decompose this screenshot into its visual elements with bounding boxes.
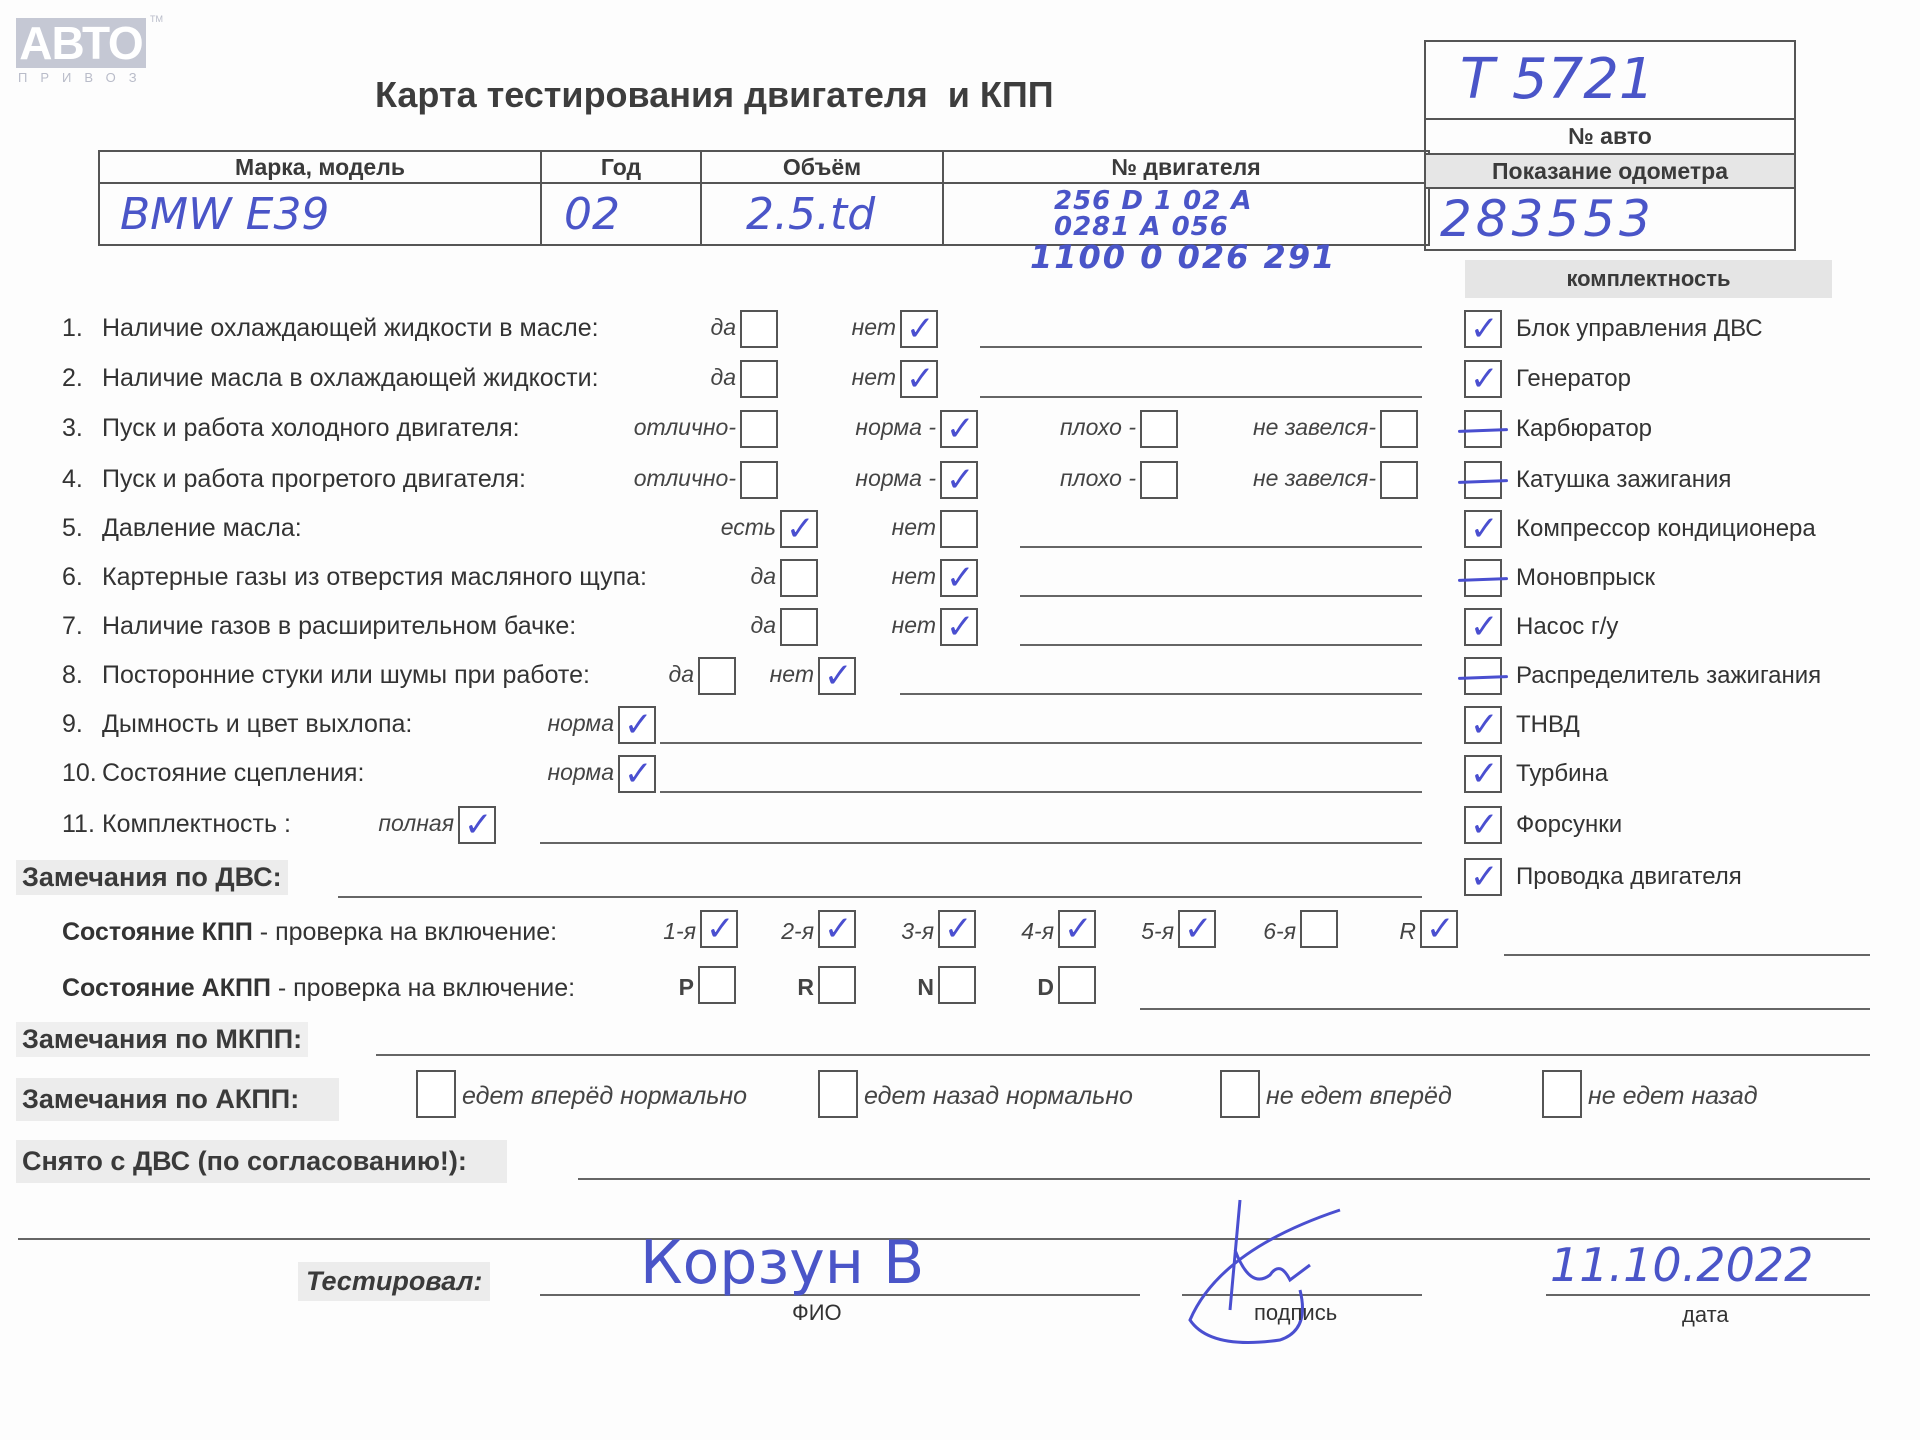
checkmark-icon: ✓ bbox=[1426, 912, 1455, 946]
option-label: норма bbox=[547, 710, 614, 737]
checkbox-q10-opt1[interactable]: ✓ bbox=[618, 755, 656, 793]
checkbox-q5-opt2[interactable] bbox=[940, 510, 978, 548]
question-number: 11. bbox=[62, 810, 102, 839]
gear-checkbox-4[interactable]: ✓ bbox=[1058, 910, 1096, 948]
option-label: нет bbox=[892, 514, 936, 541]
checkbox-q6-opt1[interactable] bbox=[780, 559, 818, 597]
option-label: норма - bbox=[855, 465, 936, 492]
kit-checkbox-7[interactable]: ✓ bbox=[1464, 608, 1502, 646]
checkmark-icon: ✓ bbox=[1470, 860, 1499, 894]
remarks-auto-checkbox-1[interactable] bbox=[416, 1070, 456, 1118]
notes-field-q1[interactable] bbox=[980, 346, 1422, 348]
check-question-1: 1.Наличие охлаждающей жидкости в масле: bbox=[62, 314, 599, 343]
checkbox-q3-opt1[interactable] bbox=[740, 410, 778, 448]
remarks-auto-option-label: едет вперёд нормально bbox=[462, 1082, 747, 1111]
auto-position-label: R bbox=[797, 974, 814, 1001]
gear-checkbox-1[interactable]: ✓ bbox=[700, 910, 738, 948]
kit-item-label: Компрессор кондиционера bbox=[1516, 515, 1816, 543]
question-label: Давление масла: bbox=[102, 514, 302, 542]
auto-position-checkbox-3[interactable] bbox=[938, 966, 976, 1004]
page-title: Карта тестирования двигателя и КПП bbox=[375, 74, 1054, 116]
option-label: отлично- bbox=[634, 465, 736, 492]
checkmark-icon: ✓ bbox=[1470, 757, 1499, 791]
option-label: нет bbox=[892, 563, 936, 590]
option-label: нет bbox=[852, 314, 896, 341]
dash-mark-icon bbox=[1458, 577, 1508, 582]
kit-item-label: Проводка двигателя bbox=[1516, 863, 1742, 891]
dash-mark-icon bbox=[1458, 479, 1508, 484]
checkbox-q2-opt1[interactable] bbox=[740, 360, 778, 398]
header-year: Год bbox=[541, 151, 701, 183]
question-number: 7. bbox=[62, 612, 102, 641]
kit-checkbox-9[interactable]: ✓ bbox=[1464, 706, 1502, 744]
question-number: 10. bbox=[62, 759, 102, 788]
kit-item-label: Форсунки bbox=[1516, 811, 1622, 839]
checkbox-q3-opt2[interactable]: ✓ bbox=[940, 410, 978, 448]
dash-mark-icon bbox=[1458, 428, 1508, 433]
checkmark-icon: ✓ bbox=[1470, 312, 1499, 346]
date-line[interactable] bbox=[1546, 1294, 1870, 1296]
odometer-label: Показание одометра bbox=[1426, 155, 1794, 189]
date-field: 11.10.2022 bbox=[1550, 1238, 1813, 1292]
kit-item-label: Карбюратор bbox=[1516, 415, 1652, 443]
checkbox-q8-opt2[interactable]: ✓ bbox=[818, 657, 856, 695]
gear-label: 2-я bbox=[781, 918, 814, 945]
question-label: Посторонние стуки или шумы при работе: bbox=[102, 661, 590, 689]
option-label: не завелся- bbox=[1253, 414, 1376, 441]
checkmark-icon: ✓ bbox=[824, 912, 853, 946]
remarks-engine-label: Замечания по ДВС: bbox=[16, 860, 288, 895]
checkmark-icon: ✓ bbox=[1470, 708, 1499, 742]
gear-label: R bbox=[1399, 918, 1416, 945]
auto-position-checkbox-4[interactable] bbox=[1058, 966, 1096, 1004]
gear-checkbox-7[interactable]: ✓ bbox=[1420, 910, 1458, 948]
checkbox-q9-opt1[interactable]: ✓ bbox=[618, 706, 656, 744]
option-label: плохо - bbox=[1060, 414, 1136, 441]
removed-field[interactable] bbox=[578, 1178, 1870, 1180]
remarks-auto-option-label: не едет назад bbox=[1588, 1082, 1758, 1111]
checkbox-q8-opt1[interactable] bbox=[698, 657, 736, 695]
kit-checkbox-3[interactable] bbox=[1464, 410, 1502, 448]
notes-field-q6[interactable] bbox=[1020, 595, 1422, 597]
checkbox-q1-opt2[interactable]: ✓ bbox=[900, 310, 938, 348]
question-number: 4. bbox=[62, 465, 102, 494]
checkmark-icon: ✓ bbox=[946, 561, 975, 595]
checkbox-q1-opt1[interactable] bbox=[740, 310, 778, 348]
option-label: норма bbox=[547, 759, 614, 786]
remarks-auto-checkbox-2[interactable] bbox=[818, 1070, 858, 1118]
logo-subtext: ПРИВОЗ bbox=[18, 70, 150, 85]
gear-label: 6-я bbox=[1263, 918, 1296, 945]
question-label: Пуск и работа прогретого двигателя: bbox=[102, 465, 526, 493]
option-label: да bbox=[710, 364, 736, 391]
kit-checkbox-1[interactable]: ✓ bbox=[1464, 310, 1502, 348]
kit-checkbox-4[interactable] bbox=[1464, 461, 1502, 499]
question-number: 9. bbox=[62, 710, 102, 739]
check-question-8: 8.Посторонние стуки или шумы при работе: bbox=[62, 661, 590, 690]
checkmark-icon: ✓ bbox=[1470, 512, 1499, 546]
checkbox-q2-opt2[interactable]: ✓ bbox=[900, 360, 938, 398]
kit-item-label: Распределитель зажигания bbox=[1516, 662, 1821, 690]
logo-trademark: TM bbox=[150, 14, 163, 24]
checkbox-q4-opt4[interactable] bbox=[1380, 461, 1418, 499]
checkmark-icon: ✓ bbox=[786, 512, 815, 546]
check-question-7: 7.Наличие газов в расширительном бачке: bbox=[62, 612, 576, 641]
gear-checkbox-6[interactable] bbox=[1300, 910, 1338, 948]
notes-field-q5[interactable] bbox=[1020, 546, 1422, 548]
remarks-auto-option-label: не едет вперёд bbox=[1266, 1082, 1452, 1111]
checkmark-icon: ✓ bbox=[1470, 362, 1499, 396]
signature-scribble bbox=[1180, 1190, 1440, 1350]
remarks-auto-checkbox-4[interactable] bbox=[1542, 1070, 1582, 1118]
volume-field[interactable]: 2.5.td bbox=[701, 183, 943, 245]
checkmark-icon: ✓ bbox=[1064, 912, 1093, 946]
removed-label: Снято с ДВС (по согласованию!): bbox=[16, 1140, 507, 1183]
question-label: Пуск и работа холодного двигателя: bbox=[102, 414, 520, 442]
checkbox-q7-opt1[interactable] bbox=[780, 608, 818, 646]
option-label: не завелся- bbox=[1253, 465, 1376, 492]
auto-position-checkbox-2[interactable] bbox=[818, 966, 856, 1004]
checkmark-icon: ✓ bbox=[464, 808, 493, 842]
kit-item-label: Блок управления ДВС bbox=[1516, 315, 1763, 343]
kit-item-label: ТНВД bbox=[1516, 711, 1580, 739]
engine-no-field[interactable]: 256 D 1 02 A 0281 A 056 bbox=[943, 183, 1429, 245]
question-number: 6. bbox=[62, 563, 102, 592]
notes-field-q9[interactable] bbox=[660, 742, 1422, 744]
option-label: отлично- bbox=[634, 414, 736, 441]
check-question-5: 5.Давление масла: bbox=[62, 514, 302, 543]
kit-checkbox-2[interactable]: ✓ bbox=[1464, 360, 1502, 398]
header-make-model: Марка, модель bbox=[99, 151, 541, 183]
option-label: норма - bbox=[855, 414, 936, 441]
manual-gearbox-notes-field[interactable] bbox=[1504, 954, 1870, 956]
kit-checkbox-8[interactable] bbox=[1464, 657, 1502, 695]
checkbox-q4-opt3[interactable] bbox=[1140, 461, 1178, 499]
option-label: нет bbox=[770, 661, 814, 688]
header-volume: Объём bbox=[701, 151, 943, 183]
gear-checkbox-3[interactable]: ✓ bbox=[938, 910, 976, 948]
checkmark-icon: ✓ bbox=[946, 463, 975, 497]
notes-field-q11[interactable] bbox=[540, 842, 1422, 844]
notes-field-q8[interactable] bbox=[900, 693, 1422, 695]
engine-no-line2: 0281 A 056 bbox=[1054, 214, 1428, 240]
auto-position-checkbox-1[interactable] bbox=[698, 966, 736, 1004]
engine-no-line1: 256 D 1 02 A bbox=[1054, 188, 1428, 214]
question-label: Комплектность : bbox=[102, 810, 291, 838]
checkmark-icon: ✓ bbox=[946, 412, 975, 446]
manual-gearbox-label: Состояние КПП - проверка на включение: bbox=[62, 918, 557, 947]
notes-field-q10[interactable] bbox=[660, 791, 1422, 793]
logo: АВТО bbox=[16, 18, 146, 68]
kit-checkbox-10[interactable]: ✓ bbox=[1464, 755, 1502, 793]
car-no-field[interactable]: T 5721 bbox=[1426, 42, 1794, 120]
checkbox-q4-opt1[interactable] bbox=[740, 461, 778, 499]
kit-checkbox-5[interactable]: ✓ bbox=[1464, 510, 1502, 548]
option-label: да bbox=[710, 314, 736, 341]
check-question-6: 6.Картерные газы из отверстия масляного … bbox=[62, 563, 647, 592]
remarks-auto-checkbox-3[interactable] bbox=[1220, 1070, 1260, 1118]
checkmark-icon: ✓ bbox=[906, 312, 935, 346]
check-question-4: 4.Пуск и работа прогретого двигателя: bbox=[62, 465, 526, 494]
remarks-auto-label: Замечания по АКПП: bbox=[16, 1078, 339, 1121]
option-label: да bbox=[750, 612, 776, 639]
option-label: нет bbox=[852, 364, 896, 391]
check-question-10: 10.Состояние сцепления: bbox=[62, 759, 364, 788]
check-question-9: 9.Дымность и цвет выхлопа: bbox=[62, 710, 412, 739]
question-label: Наличие масла в охлаждающей жидкости: bbox=[102, 364, 599, 392]
checkmark-icon: ✓ bbox=[944, 912, 973, 946]
gear-label: 5-я bbox=[1141, 918, 1174, 945]
checkmark-icon: ✓ bbox=[946, 610, 975, 644]
checkmark-icon: ✓ bbox=[1470, 610, 1499, 644]
question-label: Наличие охлаждающей жидкости в масле: bbox=[102, 314, 599, 342]
checkmark-icon: ✓ bbox=[624, 757, 653, 791]
remarks-engine-field[interactable] bbox=[338, 896, 1422, 898]
date-caption: дата bbox=[1682, 1302, 1729, 1328]
auto-position-label: D bbox=[1037, 974, 1054, 1001]
checkmark-icon: ✓ bbox=[906, 362, 935, 396]
checkbox-q4-opt2[interactable]: ✓ bbox=[940, 461, 978, 499]
signature-caption: подпись bbox=[1254, 1300, 1337, 1326]
kit-item-label: Катушка зажигания bbox=[1516, 466, 1731, 494]
check-question-2: 2.Наличие масла в охлаждающей жидкости: bbox=[62, 364, 599, 393]
auto-position-label: P bbox=[679, 974, 694, 1001]
year-field[interactable]: 02 bbox=[541, 183, 701, 245]
notes-field-q2[interactable] bbox=[980, 396, 1422, 398]
kit-checkbox-12[interactable]: ✓ bbox=[1464, 858, 1502, 896]
checkbox-q7-opt2[interactable]: ✓ bbox=[940, 608, 978, 646]
checkmark-icon: ✓ bbox=[824, 659, 853, 693]
option-label: нет bbox=[892, 612, 936, 639]
gear-label: 4-я bbox=[1021, 918, 1054, 945]
checkbox-q5-opt1[interactable]: ✓ bbox=[780, 510, 818, 548]
question-number: 5. bbox=[62, 514, 102, 543]
remarks-auto-option-label: едет назад нормально bbox=[864, 1082, 1133, 1111]
car-no-label: № авто bbox=[1426, 120, 1794, 155]
checkbox-q3-opt4[interactable] bbox=[1380, 410, 1418, 448]
question-number: 3. bbox=[62, 414, 102, 443]
kit-checkbox-6[interactable] bbox=[1464, 559, 1502, 597]
vehicle-table: Марка, модель Год Объём № двигателя BMW … bbox=[98, 150, 1430, 246]
check-question-11: 11.Комплектность : bbox=[62, 810, 291, 839]
check-question-3: 3.Пуск и работа холодного двигателя: bbox=[62, 414, 520, 443]
header-engine-no: № двигателя bbox=[943, 151, 1429, 183]
question-label: Дымность и цвет выхлопа: bbox=[102, 710, 412, 738]
kit-item-label: Моновпрыск bbox=[1516, 564, 1655, 592]
gear-label: 3-я bbox=[901, 918, 934, 945]
auto-gearbox-notes-field[interactable] bbox=[1140, 1008, 1870, 1010]
gear-checkbox-2[interactable]: ✓ bbox=[818, 910, 856, 948]
auto-position-label: N bbox=[917, 974, 934, 1001]
checkmark-icon: ✓ bbox=[1184, 912, 1213, 946]
car-info-box: T 5721 № авто Показание одометра 283553 bbox=[1424, 40, 1796, 251]
name-caption: ФИО bbox=[792, 1300, 842, 1326]
remarks-manual-label: Замечания по МКПП: bbox=[16, 1022, 308, 1057]
tester-name: Корзун В bbox=[640, 1228, 924, 1298]
notes-field-q7[interactable] bbox=[1020, 644, 1422, 646]
engine-no-extra: 1100 0 026 291 bbox=[1030, 238, 1336, 276]
checkbox-q3-opt3[interactable] bbox=[1140, 410, 1178, 448]
odometer-field[interactable]: 283553 bbox=[1426, 189, 1794, 249]
option-label: полная bbox=[378, 810, 454, 837]
question-label: Наличие газов в расширительном бачке: bbox=[102, 612, 576, 640]
option-label: да bbox=[750, 563, 776, 590]
option-label: да bbox=[668, 661, 694, 688]
gear-label: 1-я bbox=[663, 918, 696, 945]
option-label: есть bbox=[721, 514, 776, 541]
question-number: 8. bbox=[62, 661, 102, 690]
question-label: Картерные газы из отверстия масляного щу… bbox=[102, 563, 647, 591]
auto-gearbox-label: Состояние АКПП - проверка на включение: bbox=[62, 974, 575, 1003]
checkmark-icon: ✓ bbox=[624, 708, 653, 742]
kit-item-label: Генератор bbox=[1516, 365, 1631, 393]
checkmark-icon: ✓ bbox=[706, 912, 735, 946]
checkbox-q6-opt2[interactable]: ✓ bbox=[940, 559, 978, 597]
question-number: 1. bbox=[62, 314, 102, 343]
dash-mark-icon bbox=[1458, 675, 1508, 680]
question-number: 2. bbox=[62, 364, 102, 393]
remarks-manual-field[interactable] bbox=[376, 1054, 1870, 1056]
option-label: плохо - bbox=[1060, 465, 1136, 492]
kit-item-label: Турбина bbox=[1516, 760, 1608, 788]
checkmark-icon: ✓ bbox=[1470, 808, 1499, 842]
kit-checkbox-11[interactable]: ✓ bbox=[1464, 806, 1502, 844]
kit-item-label: Насос г/у bbox=[1516, 613, 1618, 641]
checkbox-q11-opt1[interactable]: ✓ bbox=[458, 806, 496, 844]
tester-label: Тестировал: bbox=[298, 1262, 490, 1301]
question-label: Состояние сцепления: bbox=[102, 759, 364, 787]
gear-checkbox-5[interactable]: ✓ bbox=[1178, 910, 1216, 948]
make-model-field[interactable]: BMW E39 bbox=[99, 183, 541, 245]
kit-title: комплектность bbox=[1465, 260, 1832, 298]
